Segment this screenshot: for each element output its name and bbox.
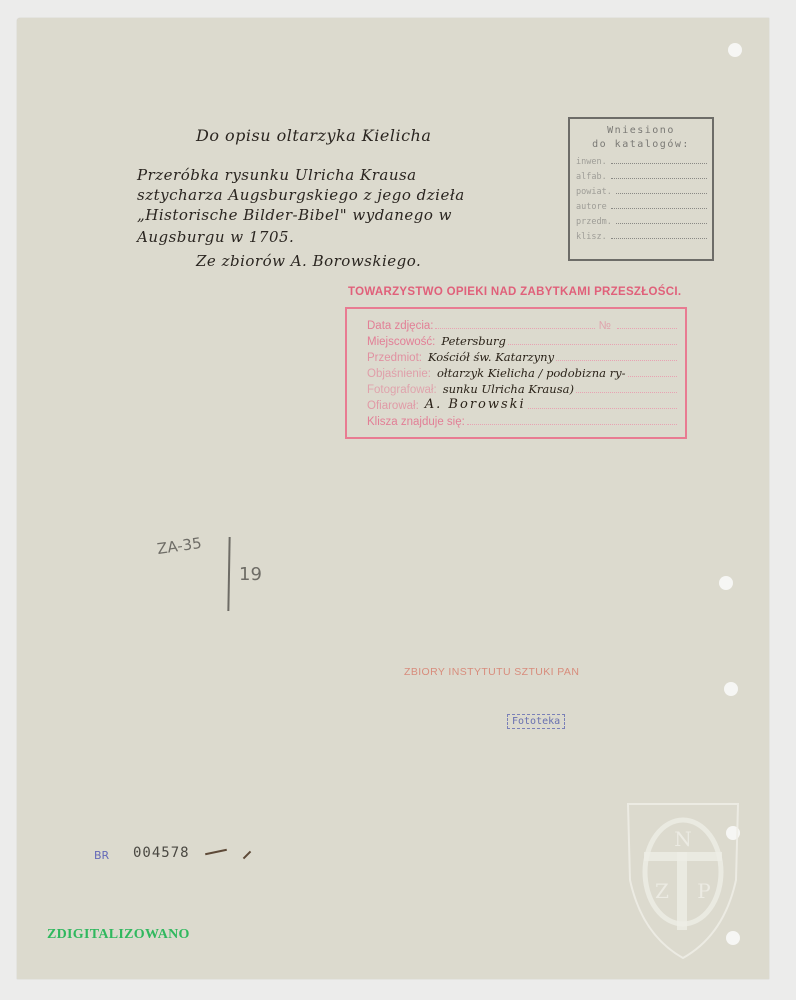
note-line: sztycharza Augsburgskiego z jego dzieła <box>137 186 465 204</box>
fototeka-stamp: Fototeka <box>507 714 565 729</box>
institution-stamp: ZBIORY INSTYTUTU SZTUKI PAN <box>404 666 579 678</box>
inventory-prefix: BR <box>94 849 109 862</box>
pencil-number: 19 <box>239 564 262 585</box>
inventory-number: 004578 <box>133 845 190 861</box>
punch-hole <box>724 682 738 696</box>
catalog-row: inwen. <box>576 152 707 167</box>
punch-hole <box>719 576 733 590</box>
tozp-stamp-title: TOWARZYSTWO OPIEKI NAD ZABYTKAMI PRZESZŁ… <box>348 286 681 298</box>
tozp-field-objasnienie: Objaśnienie: ołtarzyk Kielicha / podobiz… <box>367 365 677 380</box>
tozp-watermark-logo: N Z P <box>624 800 742 965</box>
digitized-stamp: ZDIGITALIZOWANO <box>47 927 190 943</box>
note-line: Przeróbka rysunku Ulricha Krausa <box>137 166 417 184</box>
note-line: „Historische Bilder-Bibel" wydanego w <box>137 206 452 224</box>
note-line: Ze zbiorów A. Borowskiego. <box>196 252 421 270</box>
svg-text:P: P <box>697 879 710 903</box>
catalog-row: autore <box>576 197 707 212</box>
catalog-row: klisz. <box>576 227 707 242</box>
catalog-stamp-title: Wniesiono do katalogów: <box>570 124 712 152</box>
tozp-field-przedmiot: Przedmiot: Kościół św. Katarzyny <box>367 349 677 364</box>
punch-hole <box>728 43 742 57</box>
tozp-field-klisza: Klisza znajduje się: <box>367 413 677 428</box>
tozp-field-miejscowosc: Miejscowość: Petersburg <box>367 333 677 348</box>
catalog-stamp: Wniesiono do katalogów: inwen. alfab. po… <box>568 117 714 261</box>
catalog-row: przedm. <box>576 212 707 227</box>
note-line: Do opisu oltarzyka Kielicha <box>196 126 431 145</box>
tozp-field-ofiarowal: Ofiarował: A. Borowski <box>367 397 677 412</box>
catalog-row: powiat. <box>576 182 707 197</box>
tozp-field-fotografowal: Fotografował: sunku Ulricha Krausa) <box>367 381 677 396</box>
tozp-field-data-zdjecia: Data zdjęcia: № <box>367 317 677 332</box>
note-line: Augsburgu w 1705. <box>137 228 294 246</box>
tozp-stamp: Data zdjęcia: № Miejscowość: Petersburg … <box>345 307 687 439</box>
catalog-row: alfab. <box>576 167 707 182</box>
svg-text:N: N <box>674 827 692 851</box>
svg-text:Z: Z <box>655 879 669 903</box>
